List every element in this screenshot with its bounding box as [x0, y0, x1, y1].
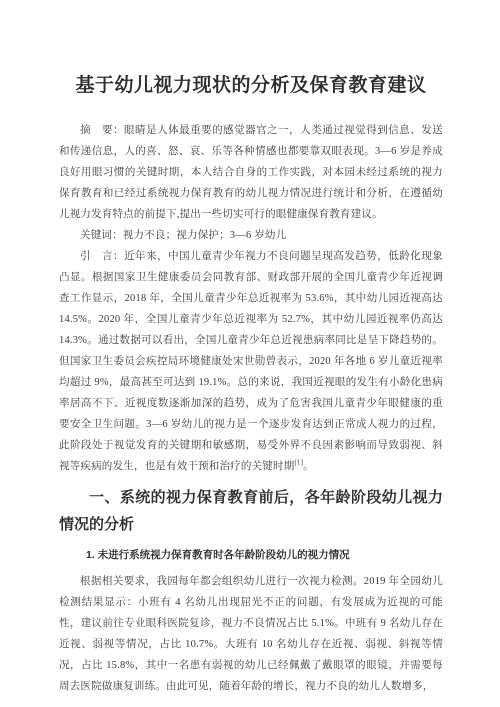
- section-1-heading: 一、系统的视力保育教育前后，各年龄阶段幼儿视力情况的分析: [59, 484, 443, 538]
- document-page: 基于幼儿视力现状的分析及保育教育建议 摘 要：眼睛是人体最重要的感觉器官之一，人…: [0, 0, 500, 707]
- keywords-text: 视力不良；视力保护；3—6 岁幼儿: [123, 230, 287, 241]
- abstract-paragraph: 摘 要：眼睛是人体最重要的感觉器官之一，人类通过视觉得到信息、发送和传递信息，人…: [59, 120, 443, 225]
- keywords-label: 关键词：: [80, 230, 123, 241]
- introduction-label: 引 言：: [80, 251, 124, 262]
- introduction-text: 近年来，中国儿童青少年视力不良问题呈现高发趋势，低龄化现象凸显。根据国家卫生健康…: [59, 251, 443, 472]
- citation-reference: [1]: [294, 459, 303, 467]
- introduction-paragraph: 引 言：近年来，中国儿童青少年视力不良问题呈现高发趋势，低龄化现象凸显。根据国家…: [59, 246, 443, 477]
- keywords-line: 关键词：视力不良；视力保护；3—6 岁幼儿: [59, 225, 443, 246]
- introduction-text-end: 。: [303, 461, 314, 472]
- abstract-label: 摘 要：: [80, 125, 124, 136]
- abstract-text: 眼睛是人体最重要的感觉器官之一，人类通过视觉得到信息、发送和传递信息，人的喜、怒…: [59, 125, 443, 220]
- section-1-subheading: 1. 未进行系统视力保育教育时各年龄阶段幼儿的视力情况: [59, 547, 443, 564]
- document-title: 基于幼儿视力现状的分析及保育教育建议: [59, 70, 443, 97]
- section-1-paragraph: 根据相关要求，我园每年都会组织幼儿进行一次视力检测。2019 年全园幼儿检测结果…: [59, 571, 443, 697]
